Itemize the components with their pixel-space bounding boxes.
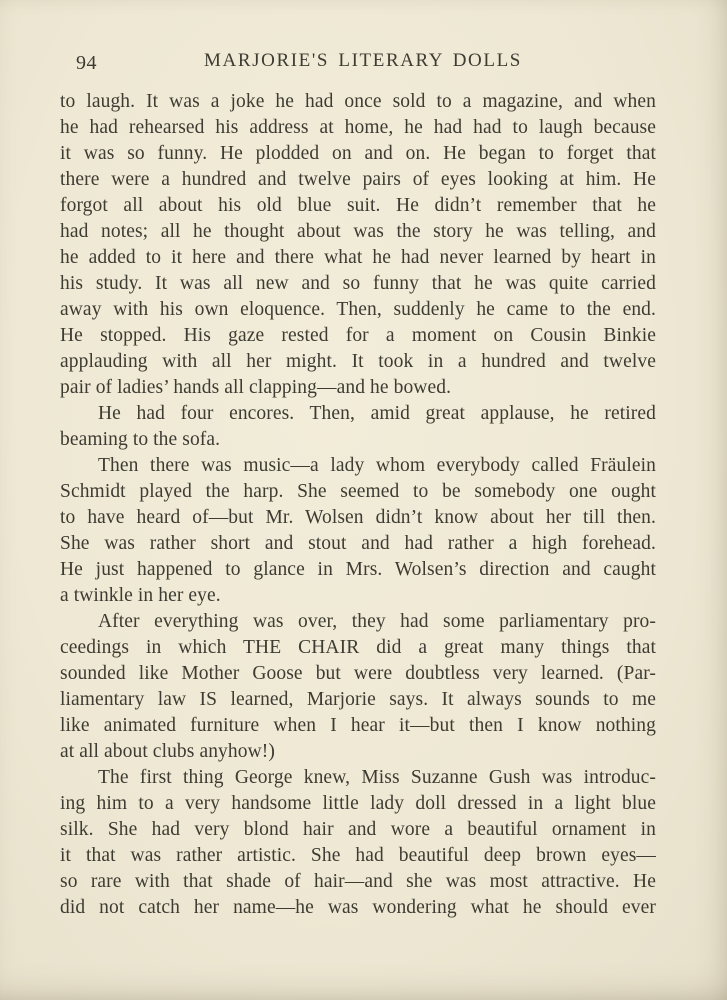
text-line: like animated furniture when I hear it—b… [60, 713, 656, 739]
book-page: 94 MARJORIE'S LITERARY DOLLS to laugh. I… [0, 0, 727, 1000]
text-line: He had four encores. Then, amid great ap… [60, 401, 656, 427]
text-line: so rare with that shade of hair—and she … [60, 869, 656, 895]
text-line: Schmidt played the harp. She seemed to b… [60, 479, 656, 505]
text-line: there were a hundred and twelve pairs of… [60, 167, 656, 193]
text-line: it was so funny. He plodded on and on. H… [60, 141, 656, 167]
text-line: he had rehearsed his address at home, he… [60, 115, 656, 141]
text-line: forgot all about his old blue suit. He d… [60, 193, 656, 219]
text-line: at all about clubs anyhow!) [60, 739, 656, 765]
text-line: ceedings in which THE CHAIR did a great … [60, 635, 656, 661]
paragraph: to laugh. It was a joke he had once sold… [60, 89, 656, 401]
text-line: away with his own eloquence. Then, sudde… [60, 297, 656, 323]
text-line: applauding with all her might. It took i… [60, 349, 656, 375]
text-line: did not catch her name—he was wondering … [60, 895, 656, 921]
paragraph: The first thing George knew, Miss Suzann… [60, 765, 656, 921]
text-line: ing him to a very handsome little lady d… [60, 791, 656, 817]
text-line: pair of ladies’ hands all clapping—and h… [60, 375, 656, 401]
text-line: he added to it here and there what he ha… [60, 245, 656, 271]
page-header: 94 MARJORIE'S LITERARY DOLLS [60, 50, 656, 78]
page-number: 94 [76, 52, 97, 75]
text-line: The first thing George knew, Miss Suzann… [60, 765, 656, 791]
text-line: liamentary law IS learned, Marjorie says… [60, 687, 656, 713]
text-line: After everything was over, they had some… [60, 609, 656, 635]
text-line: it that was rather artistic. She had bea… [60, 843, 656, 869]
text-line: He just happened to glance in Mrs. Wolse… [60, 557, 656, 583]
running-title: MARJORIE'S LITERARY DOLLS [60, 50, 656, 72]
text-line: Then there was music—a lady whom everybo… [60, 453, 656, 479]
text-line: sounded like Mother Goose but were doubt… [60, 661, 656, 687]
paragraph: Then there was music—a lady whom everybo… [60, 453, 656, 609]
paragraph: After everything was over, they had some… [60, 609, 656, 765]
body-text: to laugh. It was a joke he had once sold… [60, 89, 656, 921]
text-line: beaming to the sofa. [60, 427, 656, 453]
text-line: to have heard of—but Mr. Wolsen didn’t k… [60, 505, 656, 531]
paragraph: He had four encores. Then, amid great ap… [60, 401, 656, 453]
text-line: silk. She had very blond hair and wore a… [60, 817, 656, 843]
text-line: He stopped. His gaze rested for a moment… [60, 323, 656, 349]
text-line: She was rather short and stout and had r… [60, 531, 656, 557]
text-line: his study. It was all new and so funny t… [60, 271, 656, 297]
text-line: had notes; all he thought about was the … [60, 219, 656, 245]
text-line: a twinkle in her eye. [60, 583, 656, 609]
text-line: to laugh. It was a joke he had once sold… [60, 89, 656, 115]
